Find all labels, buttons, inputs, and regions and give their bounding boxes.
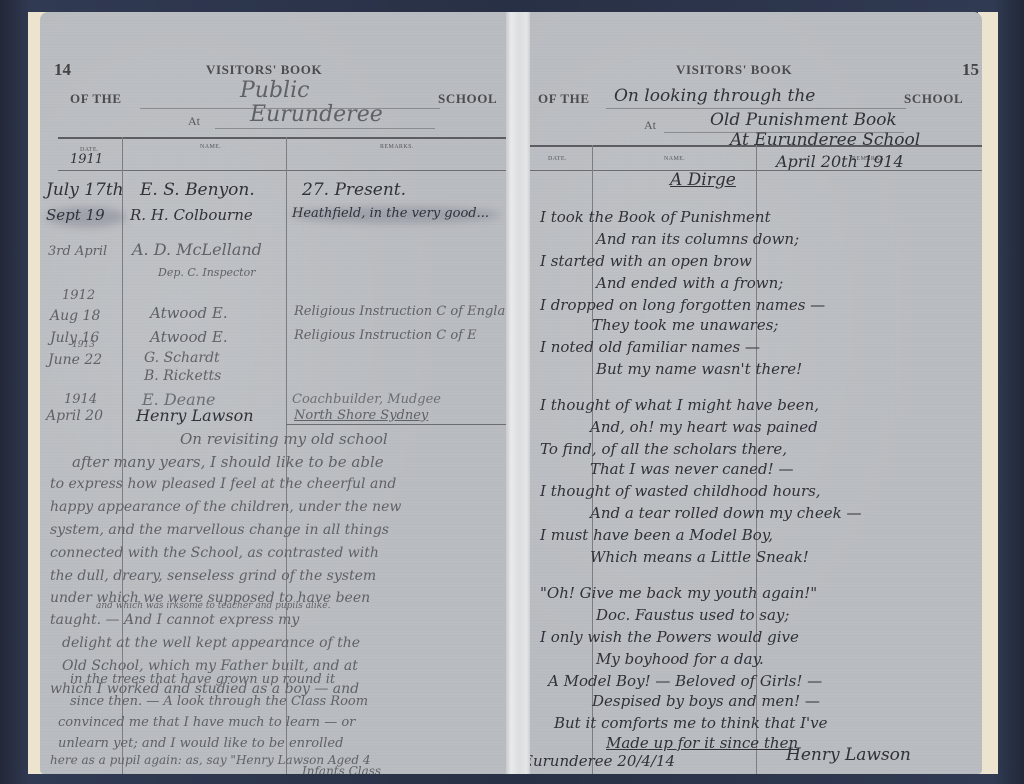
- book-gutter: [506, 12, 532, 774]
- of-the-label: OF THE: [538, 91, 590, 107]
- poem-line: I dropped on long forgotten names —: [540, 296, 825, 314]
- entry-remarks: Coachbuilder, Mudgee: [292, 392, 441, 407]
- entry-name: R. H. Colbourne: [130, 206, 253, 224]
- poem-line: Despised by boys and men! —: [592, 692, 820, 710]
- col-head-date: Date.: [548, 156, 567, 162]
- letter-line: On revisiting my old school: [180, 430, 388, 448]
- entry-remarks: 27. Present.: [302, 180, 406, 200]
- entry-name: B. Ricketts: [144, 368, 221, 384]
- entry-name: Atwood E.: [150, 304, 228, 322]
- letter-line: connected with the School, as contrasted…: [50, 545, 379, 561]
- entry-date: 3rd April: [48, 244, 107, 259]
- poem-line: I must have been a Model Boy,: [540, 526, 773, 544]
- poem-line: And ran its columns down;: [596, 230, 799, 248]
- school-label: SCHOOL: [438, 91, 497, 107]
- col-head-name: Name.: [664, 156, 685, 162]
- letter-line: to express how pleased I feel at the che…: [50, 476, 396, 492]
- entry-remarks: Heathfield, in the very good...: [292, 206, 489, 221]
- poem-line: Doc. Faustus used to say;: [596, 606, 789, 624]
- header-handwritten-line: At Eurunderee School: [730, 130, 920, 150]
- of-the-label: OF THE: [70, 91, 122, 107]
- poem-line: They took me unawares;: [592, 316, 778, 334]
- table-header-rule: [58, 170, 508, 171]
- poem-line: That I was never caned! —: [590, 460, 793, 478]
- right-page: VISITORS' BOOK 15 OF THE On looking thro…: [530, 12, 982, 774]
- location-line: [215, 128, 435, 129]
- poem-line: I noted old familiar names —: [540, 338, 760, 356]
- entry-year: 1914: [64, 392, 97, 407]
- entry-date: July 17th: [46, 180, 124, 200]
- letter-line: in the trees that have grown up round it: [70, 672, 335, 687]
- entry-name: A. D. McLelland: [132, 240, 262, 259]
- poem-title: A Dirge: [670, 170, 736, 190]
- entry-name: Atwood E.: [150, 328, 228, 346]
- letter-line: delight at the well kept appearance of t…: [62, 635, 360, 651]
- entry-remarks: Religious Instruction C of England: [294, 304, 508, 319]
- entry-date: Aug 18: [50, 308, 100, 324]
- school-label: SCHOOL: [904, 91, 963, 107]
- poem-line: A Model Boy! — Beloved of Girls! —: [548, 672, 822, 690]
- entry-name: Henry Lawson: [136, 406, 254, 425]
- poem-line: I took the Book of Punishment: [540, 208, 771, 226]
- letter-line: taught. — And I cannot express my: [50, 612, 299, 628]
- poem-line: My boyhood for a day.: [596, 650, 764, 668]
- poem-line: "Oh! Give me back my youth again!": [540, 584, 817, 602]
- letter-line: happy appearance of the children, under …: [50, 499, 401, 515]
- page-number: 14: [54, 60, 71, 80]
- poem-line: I started with an open brow: [540, 252, 752, 270]
- location-handwritten: Eurunderee: [250, 102, 383, 127]
- entry-remarks: North Shore Sydney: [294, 408, 428, 423]
- poem-line: And ended with a frown;: [596, 274, 783, 292]
- letter-line: Infants Class: [302, 764, 381, 774]
- letter-line: convinced me that I have much to learn —…: [58, 715, 355, 730]
- header-handwritten-date: April 20th 1914: [776, 152, 904, 171]
- poem-line: And, oh! my heart was pained: [590, 418, 818, 436]
- header-handwritten-line: On looking through the: [614, 86, 815, 106]
- page-number: 15: [962, 60, 979, 80]
- school-type-line: [606, 108, 906, 109]
- poem-line: I thought of what I might have been,: [540, 396, 819, 414]
- header-handwritten-line: Old Punishment Book: [710, 110, 897, 130]
- col-head-remarks: Remarks.: [380, 144, 414, 150]
- poem-line: To find, of all the scholars there,: [540, 440, 787, 458]
- poem-line: I thought of wasted childhood hours,: [540, 482, 821, 500]
- entry-name: G. Schardt: [144, 350, 220, 366]
- signature: Henry Lawson: [786, 745, 911, 765]
- letter-line: the dull, dreary, senseless grind of the…: [50, 568, 376, 584]
- page-heading: VISITORS' BOOK: [676, 62, 792, 78]
- letter-line: after many years, I should like to be ab…: [72, 453, 384, 471]
- at-label: At: [188, 114, 200, 129]
- letter-line: since then. — A look through the Class R…: [70, 694, 368, 709]
- poem-line: And a tear rolled down my cheek —: [590, 504, 861, 522]
- table-top-rule: [58, 137, 508, 139]
- place-date: Eurunderee 20/4/14: [530, 752, 675, 770]
- entry-date: Sept 19: [46, 206, 105, 224]
- at-label: At: [644, 118, 656, 133]
- col-head-name: Name.: [200, 144, 221, 150]
- letter-line: system, and the marvellous change in all…: [50, 522, 389, 538]
- entry-rule: [286, 424, 506, 425]
- poem-line: But my name wasn't there!: [596, 360, 802, 378]
- school-type-handwritten: Public: [240, 78, 309, 103]
- poem-line: Made up for it since then: [606, 734, 798, 752]
- poem-line: But it comforts me to think that I've: [554, 714, 828, 732]
- letter-insertion: and which was irksome to teacher and pup…: [96, 601, 330, 611]
- entry-date: April 20: [46, 408, 103, 424]
- left-page: 14 VISITORS' BOOK OF THE Public SCHOOL A…: [40, 12, 508, 774]
- letter-line: unlearn yet; and I would like to be enro…: [58, 736, 343, 751]
- entry-remarks: Religious Instruction C of E: [294, 328, 477, 343]
- entry-date-note: 1913: [72, 340, 95, 350]
- year-header: 1911: [70, 152, 103, 167]
- entry-year: 1912: [62, 288, 95, 303]
- poem-line: Which means a Little Sneak!: [590, 548, 809, 566]
- entry-name: E. S. Benyon.: [140, 180, 255, 200]
- entry-date: June 22: [48, 352, 102, 368]
- page-heading: VISITORS' BOOK: [206, 62, 322, 78]
- entry-subline: Dep. C. Inspector: [158, 266, 255, 279]
- poem-line: I only wish the Powers would give: [540, 628, 799, 646]
